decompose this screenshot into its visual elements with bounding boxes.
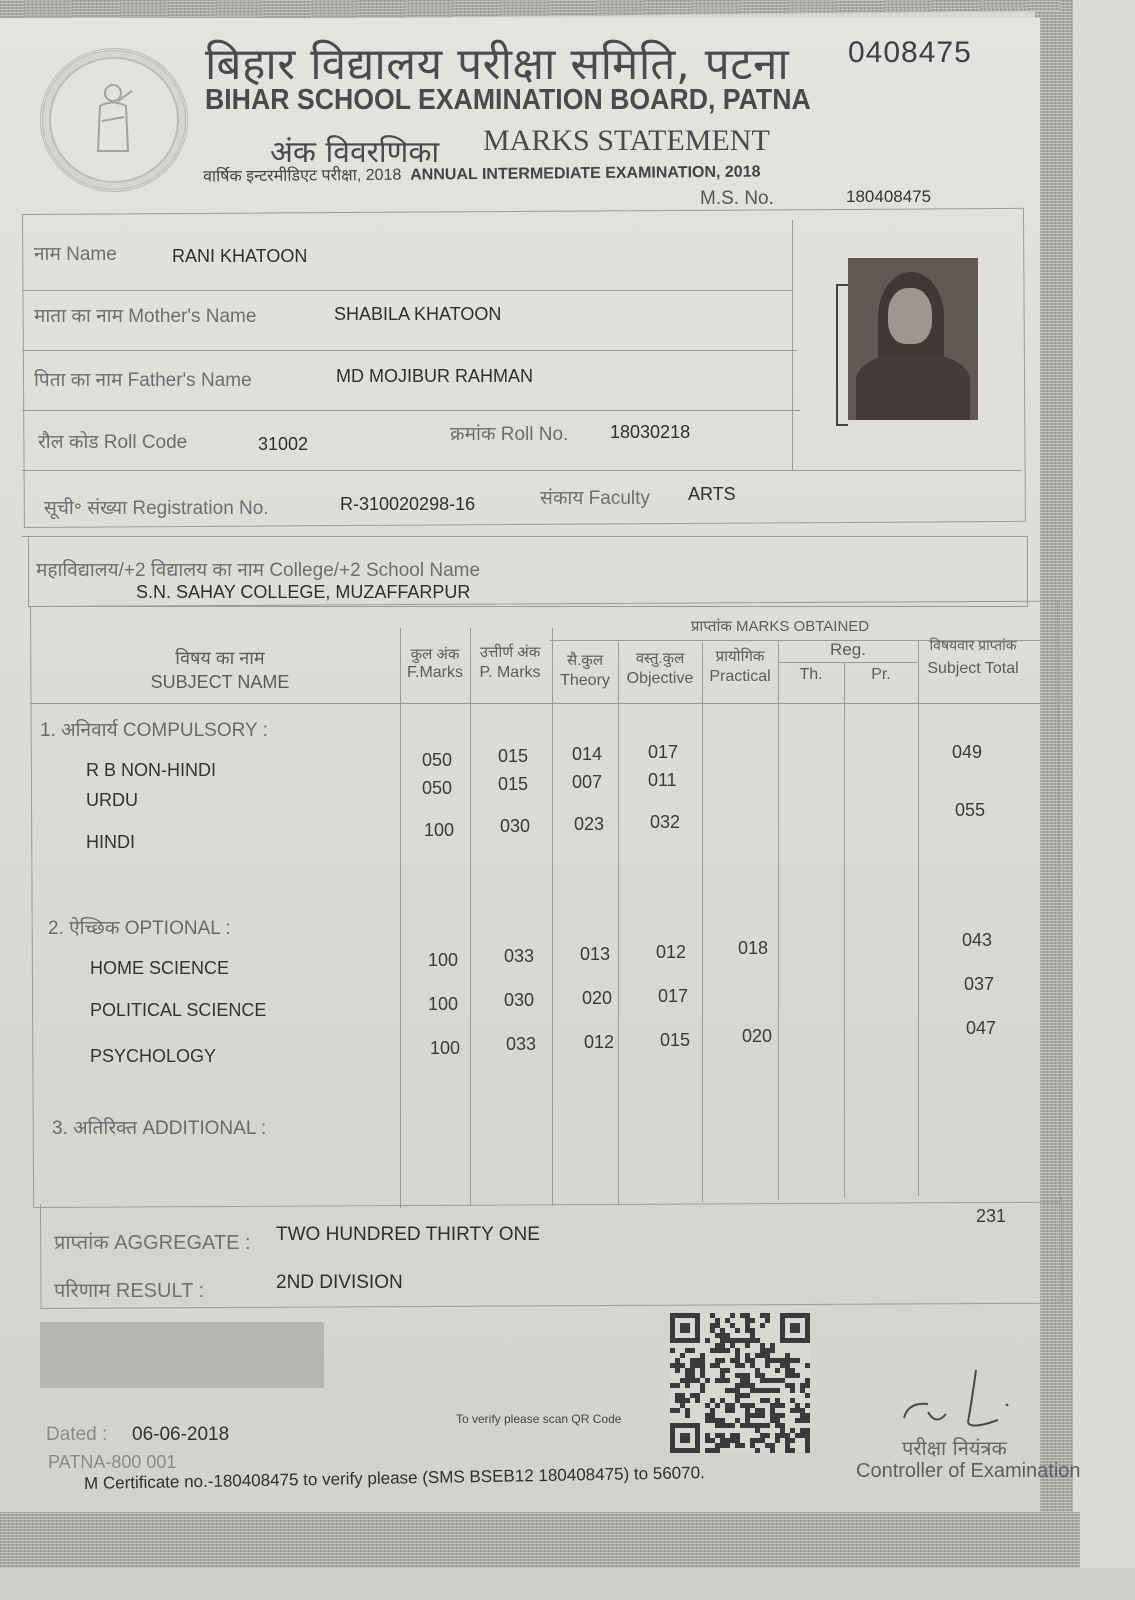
theory-marks: 012 [584,1032,614,1053]
faculty-label: संकाय Faculty [540,484,650,510]
background-strip [0,1568,1135,1600]
practical-marks: 020 [742,1026,772,1047]
header-reg: Reg. [778,640,918,660]
result-value: 2ND DIVISION [276,1272,403,1294]
header-theory-hi: सै.कुल [552,650,618,670]
col-divider [702,642,703,1202]
header-pmarks-en: P. Marks [470,664,550,682]
subject-total: 049 [952,742,982,763]
exam-title-english: ANNUAL INTERMEDIATE EXAMINATION, 2018 [410,164,760,184]
father-name-value: MD MOJIBUR RAHMAN [336,366,533,387]
theory-marks: 014 [572,744,602,765]
f-marks: 100 [428,950,458,971]
objective-marks: 011 [648,770,677,791]
security-border-bottom [0,1512,1080,1568]
name-label: नाम Name [34,240,117,266]
header-bottom [30,703,1056,704]
subject-total: 047 [966,1018,996,1039]
ms-no-label: M.S. No. [700,188,774,210]
practical-marks: 018 [738,938,768,959]
theory-marks: 020 [582,988,612,1009]
col-divider [844,662,845,1198]
header-practical-hi: प्रायोगिक [702,646,778,666]
header-objective-en: Objective [618,670,702,688]
subject-name: POLITICAL SCIENCE [90,1000,266,1021]
father-name-label: पिता का नाम Father's Name [34,366,252,392]
objective-marks: 015 [660,1030,690,1051]
f-marks: 100 [424,820,454,841]
p-marks: 030 [500,816,530,837]
col-divider [470,628,471,1206]
theory-marks: 013 [580,944,610,965]
roll-no-label: क्रमांक Roll No. [450,420,568,446]
registration-label: सूची॰ संख्या Registration No. [44,494,269,520]
name-value: RANI KHATOON [172,246,307,267]
qr-code-icon[interactable] [670,1312,810,1454]
date-value: 06-06-2018 [132,1424,229,1446]
objective-marks: 012 [656,942,686,963]
controller-signature [898,1360,1028,1440]
dated-label: Dated : [46,1424,107,1446]
header-subject-hi: विषय का नाम [150,646,290,670]
header-pmarks-hi: उत्तीर्ण अंक [470,642,550,662]
exam-title-hindi: वार्षिक इन्टरमीडिएट परीक्षा, 2018 [203,167,401,186]
header-reg-pr: Pr. [844,666,918,684]
reg-divider [778,662,918,663]
photo-divider [792,220,793,470]
section-additional: 3. अतिरिक्त ADDITIONAL : [52,1114,266,1140]
mother-name-label: माता का नाम Mother's Name [34,302,256,328]
f-marks: 050 [422,750,452,771]
section-compulsory: 1. अनिवार्य COMPULSORY : [40,716,268,742]
f-marks: 100 [428,994,458,1015]
header-practical-en: Practical [702,668,778,686]
mother-name-value: SHABILA KHATOON [334,304,501,325]
subject-name: R B NON-HINDI [86,760,216,781]
board-seal-icon [40,48,188,192]
p-marks: 030 [504,990,534,1011]
aggregate-words: TWO HUNDRED THIRTY ONE [276,1224,540,1246]
subject-name: HINDI [86,832,135,853]
objective-marks: 032 [650,812,680,833]
subject-total: 037 [964,974,994,995]
f-marks: 050 [422,778,452,799]
header-theory-en: Theory [552,672,618,690]
photo-bracket [836,284,848,426]
place: PATNA-800 001 [48,1452,176,1473]
objective-marks: 017 [648,742,678,763]
qr-verify-hint: To verify please scan QR Code [456,1412,621,1426]
row-divider [22,290,792,291]
header-total-hi: विषयवार प्राप्तांक [918,636,1028,655]
header-fmarks-hi: कुल अंक [400,644,470,664]
subject-name: HOME SCIENCE [90,958,229,979]
controller-title-hindi: परीक्षा नियंत्रक [902,1434,1007,1461]
aggregate-total: 231 [976,1206,1006,1227]
faculty-value: ARTS [688,484,736,505]
col-divider [778,640,779,1200]
col-divider [400,628,401,1208]
theory-marks: 007 [572,772,602,793]
ms-no-value: 180408475 [846,187,931,207]
section-optional: 2. ऐच्छिक OPTIONAL : [48,914,231,940]
theory-marks: 023 [574,814,604,835]
subject-total: 043 [962,930,992,951]
row-divider [22,350,797,351]
subject-name: PSYCHOLOGY [90,1046,216,1067]
serial-number: 0408475 [848,36,972,70]
aggregate-label: प्राप्तांक AGGREGATE : [54,1228,251,1255]
col-divider [618,642,619,1204]
college-value: S.N. SAHAY COLLEGE, MUZAFFARPUR [136,582,470,603]
student-photo [848,258,978,420]
registration-value: R-310020298-16 [340,494,475,515]
controller-title-english: Controller of Examination [856,1460,1081,1483]
header-total-en: Subject Total [918,660,1028,678]
header-objective-hi: वस्तु.कुल [618,648,702,668]
redacted-block [40,1322,324,1388]
f-marks: 100 [430,1038,460,1059]
roll-no-value: 18030218 [610,422,690,443]
header-reg-th: Th. [778,666,844,684]
col-divider [918,640,919,1196]
p-marks: 033 [504,946,534,967]
board-name-english: BIHAR SCHOOL EXAMINATION BOARD, PATNA [205,84,811,117]
subject-name: URDU [86,790,138,811]
row-divider [22,470,1022,471]
seal-figure-icon [88,81,138,161]
header-fmarks-en: F.Marks [400,664,470,682]
statement-title-english: MARKS STATEMENT [483,124,770,158]
p-marks: 015 [498,774,528,795]
board-name-hindi: बिहार विद्यालय परीक्षा समिति, पटना [205,32,789,92]
header-subject-en: SUBJECT NAME [120,672,320,693]
header-marks-obtained: प्राप्तांक MARKS OBTAINED [600,616,960,636]
roll-code-label: रौल कोड Roll Code [38,428,187,454]
p-marks: 033 [506,1034,536,1055]
subject-total: 055 [955,800,985,821]
result-label: परिणाम RESULT : [54,1276,204,1303]
p-marks: 015 [498,746,528,767]
college-label: महाविद्यालय/+2 विद्यालय का नाम College/+… [36,556,480,582]
col-divider [552,628,553,1206]
objective-marks: 017 [658,986,688,1007]
roll-code-value: 31002 [258,434,308,455]
row-divider [22,410,800,411]
